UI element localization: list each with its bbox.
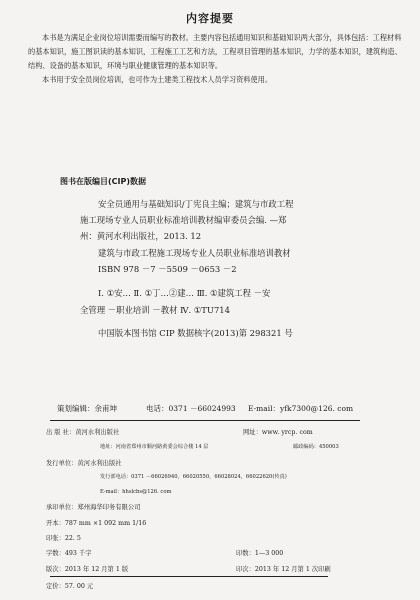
editor-email: E-mail：yfk7300@126. com: [248, 403, 353, 414]
print-run: 印数：1—3 000: [236, 548, 283, 557]
summary-title: 内容提要: [0, 10, 420, 26]
cip-line: Ⅰ. ①安… Ⅱ. ①丁…②建… Ⅲ. ①建筑工程 －安: [98, 285, 270, 301]
impression: 印次：2013 年 12 月第 1 次印刷: [236, 564, 331, 573]
distributor-phone: 发行部电话：0371 －66026940，66020550，66028024，6…: [100, 473, 287, 480]
cip-line: 安全员通用与基础知识/丁宪良主编；建筑与市政工程: [98, 196, 293, 212]
cip-line: 全管理 －职业培训 －教材 Ⅳ. ①TU714: [80, 302, 230, 318]
cip-title: 图书在版编目(CIP)数据: [60, 176, 146, 187]
editor-phone: 电话：0371 －66024993: [146, 403, 236, 414]
publisher-website: 网址：www. yrcp. com: [243, 427, 313, 436]
publisher: 出 版 社：黄河水利出版社: [46, 427, 119, 436]
cip-number: 中国版本图书馆 CIP 数据核字(2013)第 298321 号: [98, 325, 293, 341]
publisher-address: 地址：河南省郑州市顺河路黄委会综合楼 14 层: [100, 443, 208, 450]
print-sheets: 印张：22. 5: [46, 533, 81, 542]
printer: 承印单位：郑州海华印务有限公司: [46, 502, 140, 511]
postcode: 邮政编码：450003: [293, 443, 339, 450]
divider-top: [50, 420, 360, 421]
distributor-email: E-mail：hhslcbs@126. com: [100, 488, 171, 495]
planning-editor: 策划编辑：余甫坤: [57, 403, 117, 414]
cip-line: 州：黄河水利出版社，2013. 12: [80, 228, 201, 244]
word-count: 字数：493 千字: [46, 548, 92, 557]
cip-line: 建筑与市政工程施工现场专业人员职业标准培训教材: [98, 245, 291, 261]
cip-line: 施工现场专业人员职业标准培训教材编审委员会编. —郑: [80, 212, 286, 228]
cip-isbn: ISBN 978 －7 －5509 －0653 －2: [98, 261, 237, 277]
summary-paragraph-1: 本书是为满足企业岗位培训需要而编写的教材。主要内容包括通用知识和基础知识两大部分…: [28, 31, 406, 73]
divider-bottom: [50, 576, 328, 577]
book-format: 开本：787 mm ×1 092 mm 1/16: [46, 518, 146, 527]
edition: 版次：2013 年 12 月第 1 版: [46, 564, 128, 573]
summary-paragraph-2: 本书用于安全员岗位培训，也可作为土建类工程技术人员学习资料使用。: [28, 73, 406, 87]
distributor: 发行单位：黄河水利出版社: [46, 458, 122, 467]
price: 定价：57. 00 元: [46, 581, 93, 590]
